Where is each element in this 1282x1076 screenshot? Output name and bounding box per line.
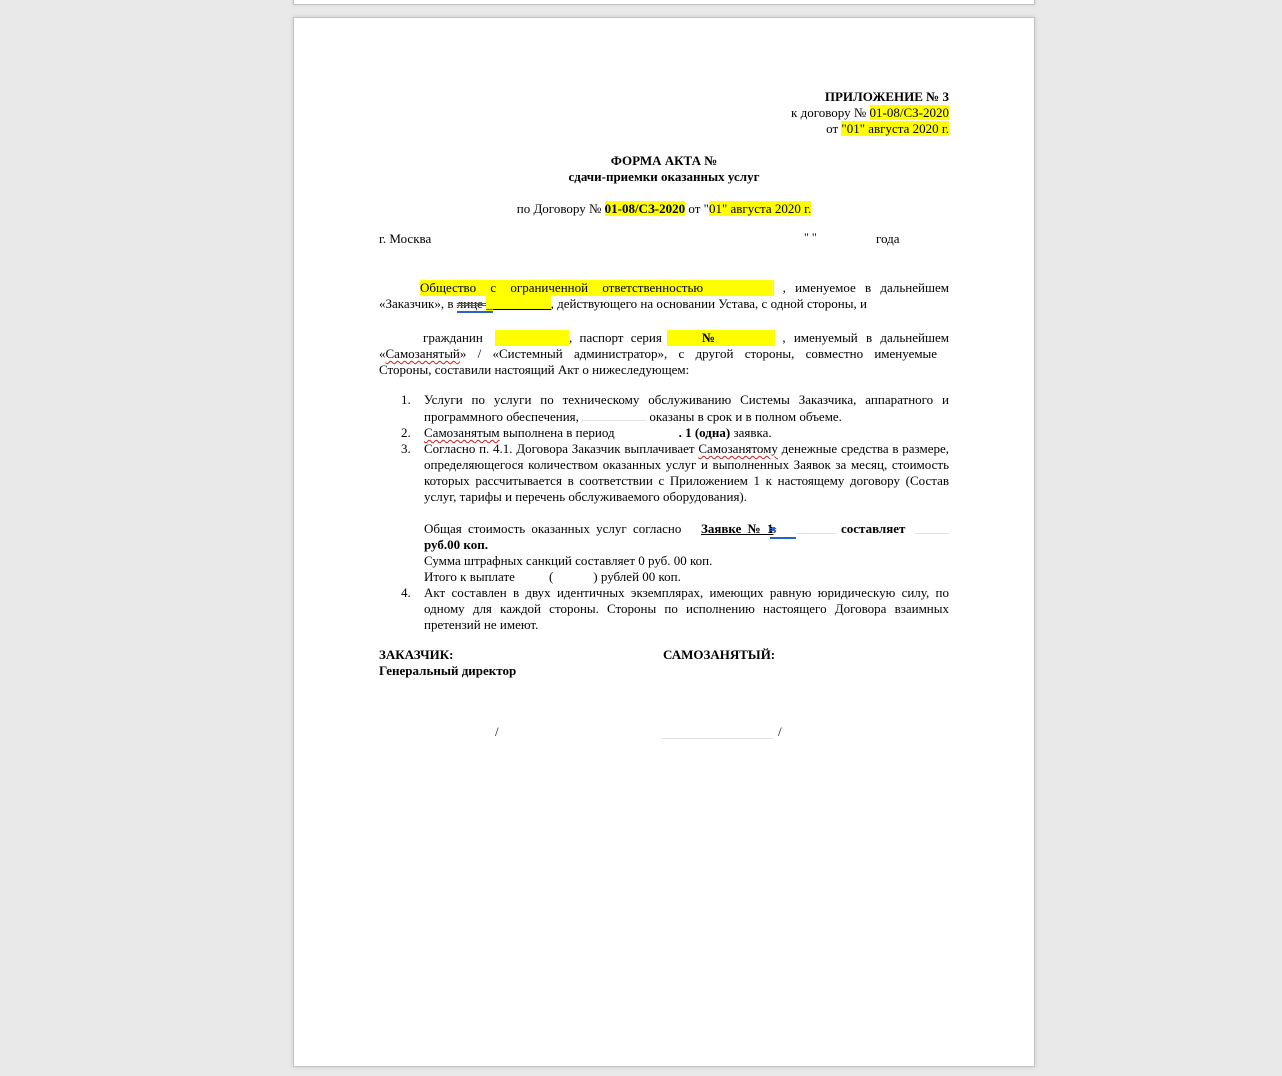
self-employed-term[interactable]: Самозанятому: [698, 441, 778, 456]
item1-text-start: программного обеспечения,: [424, 409, 579, 424]
contract-reference: к договору № 01-08/СЗ-2020: [791, 105, 949, 121]
city: г. Москва: [379, 231, 431, 247]
payout-prefix: Итого к выплате: [424, 569, 515, 584]
revision-deleted-text[interactable]: лице: [457, 296, 486, 313]
act-subtitle: сдачи-приемки оказанных услуг: [379, 169, 949, 185]
passport-series-label: , паспорт серия: [569, 330, 662, 346]
item1-line1: Услуги по услуги по техническому обслужи…: [424, 392, 949, 408]
customer-label: ЗАКАЗЧИК:: [379, 647, 454, 663]
item-number: 3.: [401, 441, 411, 457]
total-date-blank[interactable]: [796, 521, 836, 534]
party1-line2: «Заказчик», в лице _, действующего на ос…: [379, 296, 867, 312]
year-word: года: [876, 231, 900, 247]
citizen-label: гражданин: [423, 330, 483, 346]
item2-count: . 1 (одна): [679, 425, 731, 440]
item1-blank[interactable]: [582, 408, 646, 421]
item1-line2: программного обеспечения, оказаны в срок…: [424, 408, 949, 425]
contract-prefix: к договору №: [791, 105, 869, 120]
passport-number-blank[interactable]: [667, 330, 775, 346]
item-number: 1.: [401, 392, 411, 408]
act-contract-ref: по Договору № 01-08/СЗ-2020 от "01" авгу…: [379, 201, 949, 217]
contract-date: от "01" августа 2020 г.: [826, 121, 949, 137]
payout-paren: (: [549, 569, 553, 584]
ref-prefix: по Договору №: [517, 201, 605, 216]
item1-text-end: оказаны в срок и в полном объеме.: [649, 409, 842, 424]
total-prefix: Общая стоимость оказанных услуг согласно: [424, 521, 681, 537]
payout-line: Итого к выплате() рублей 00 коп.: [424, 569, 949, 585]
ref-mid: от ": [685, 201, 709, 216]
number-sign: №: [702, 330, 715, 346]
item2-period: выполнена в период: [500, 425, 615, 440]
date-quotes: " ": [804, 229, 817, 245]
previous-page-edge: [293, 0, 1035, 5]
party1-paragraph: Общество с ограниченной ответственностью…: [379, 280, 949, 312]
contract-number: 01-08/СЗ-2020: [870, 105, 949, 120]
appendix-title: ПРИЛОЖЕНИЕ № 3: [825, 89, 949, 105]
revision-deleted-text[interactable]: в: [770, 521, 796, 539]
list-item-1: 1. Услуги по услуги по техническому обсл…: [379, 392, 949, 425]
item2-line: Самозанятым выполнена в период. 1 (одна)…: [424, 425, 949, 441]
request-reference: Заявке № 1: [701, 521, 773, 537]
date-prefix: от: [826, 121, 841, 136]
payout-suffix: ) рублей 00 коп.: [593, 569, 681, 584]
org-type: Общество с ограниченной ответственностью: [420, 280, 703, 296]
self-employed-term[interactable]: Самозанятый: [386, 346, 460, 361]
customer-role: Генеральный директор: [379, 663, 516, 679]
self-employed-signature-line[interactable]: [661, 738, 773, 739]
customer-signature-slash: /: [495, 724, 499, 740]
party2-line2: «Самозанятый» / «Системный администратор…: [379, 346, 937, 362]
named-as-2: , именуемый в дальнейшем: [782, 330, 949, 346]
date-value: "01" августа 2020 г.: [841, 121, 949, 136]
item-number: 2.: [401, 425, 411, 441]
self-employed-term[interactable]: Самозанятым: [424, 425, 500, 440]
party2-paragraph: гражданин , паспорт серия № , именуемый …: [379, 330, 949, 378]
numbered-list: 1. Услуги по услуги по техническому обсл…: [379, 392, 949, 633]
ref-number: 01-08/СЗ-2020: [605, 201, 686, 216]
parties-statement: Стороны, составили настоящий Акт о нижес…: [379, 362, 689, 378]
self-employed-signature-slash: /: [778, 724, 782, 740]
act-title: ФОРМА АКТА №: [379, 153, 949, 169]
item4-text: Акт составлен в двух идентичных экземпля…: [424, 585, 949, 633]
list-item-2: 2. Самозанятым выполнена в период. 1 (од…: [379, 425, 949, 441]
item3-paragraph: Согласно п. 4.1. Договора Заказчик выпла…: [424, 441, 949, 505]
total-rub: руб.00 коп.: [424, 537, 949, 553]
named-as: , именуемое в дальнейшем: [783, 280, 949, 296]
self-employed-label: САМОЗАНЯТЫЙ:: [663, 647, 775, 663]
list-item-4: 4. Акт составлен в двух идентичных экзем…: [379, 585, 949, 633]
list-item-3: 3. Согласно п. 4.1. Договора Заказчик вы…: [379, 441, 949, 585]
item2-end: заявка.: [730, 425, 771, 440]
item-number: 4.: [401, 585, 411, 601]
ref-date: 01" августа 2020 г.: [709, 201, 811, 216]
total-amount-blank[interactable]: [915, 521, 949, 534]
penalty-line: Сумма штрафных санкций составляет 0 руб.…: [424, 553, 949, 569]
makes-label: составляет: [841, 521, 905, 537]
acting-basis: , действующего на основании Устава, с од…: [551, 296, 867, 311]
representative-blank[interactable]: [493, 296, 551, 310]
customer-in: «Заказчик», в: [379, 296, 457, 311]
document-page: ПРИЛОЖЕНИЕ № 3 к договору № 01-08/СЗ-202…: [293, 17, 1035, 1067]
item3-start: Согласно п. 4.1. Договора Заказчик выпла…: [424, 441, 698, 456]
citizen-name-blank[interactable]: [495, 330, 569, 346]
total-cost-line: Общая стоимость оказанных услуг согласно…: [424, 521, 949, 537]
sysadmin-text: » / «Системный администратор», с другой …: [460, 346, 937, 361]
